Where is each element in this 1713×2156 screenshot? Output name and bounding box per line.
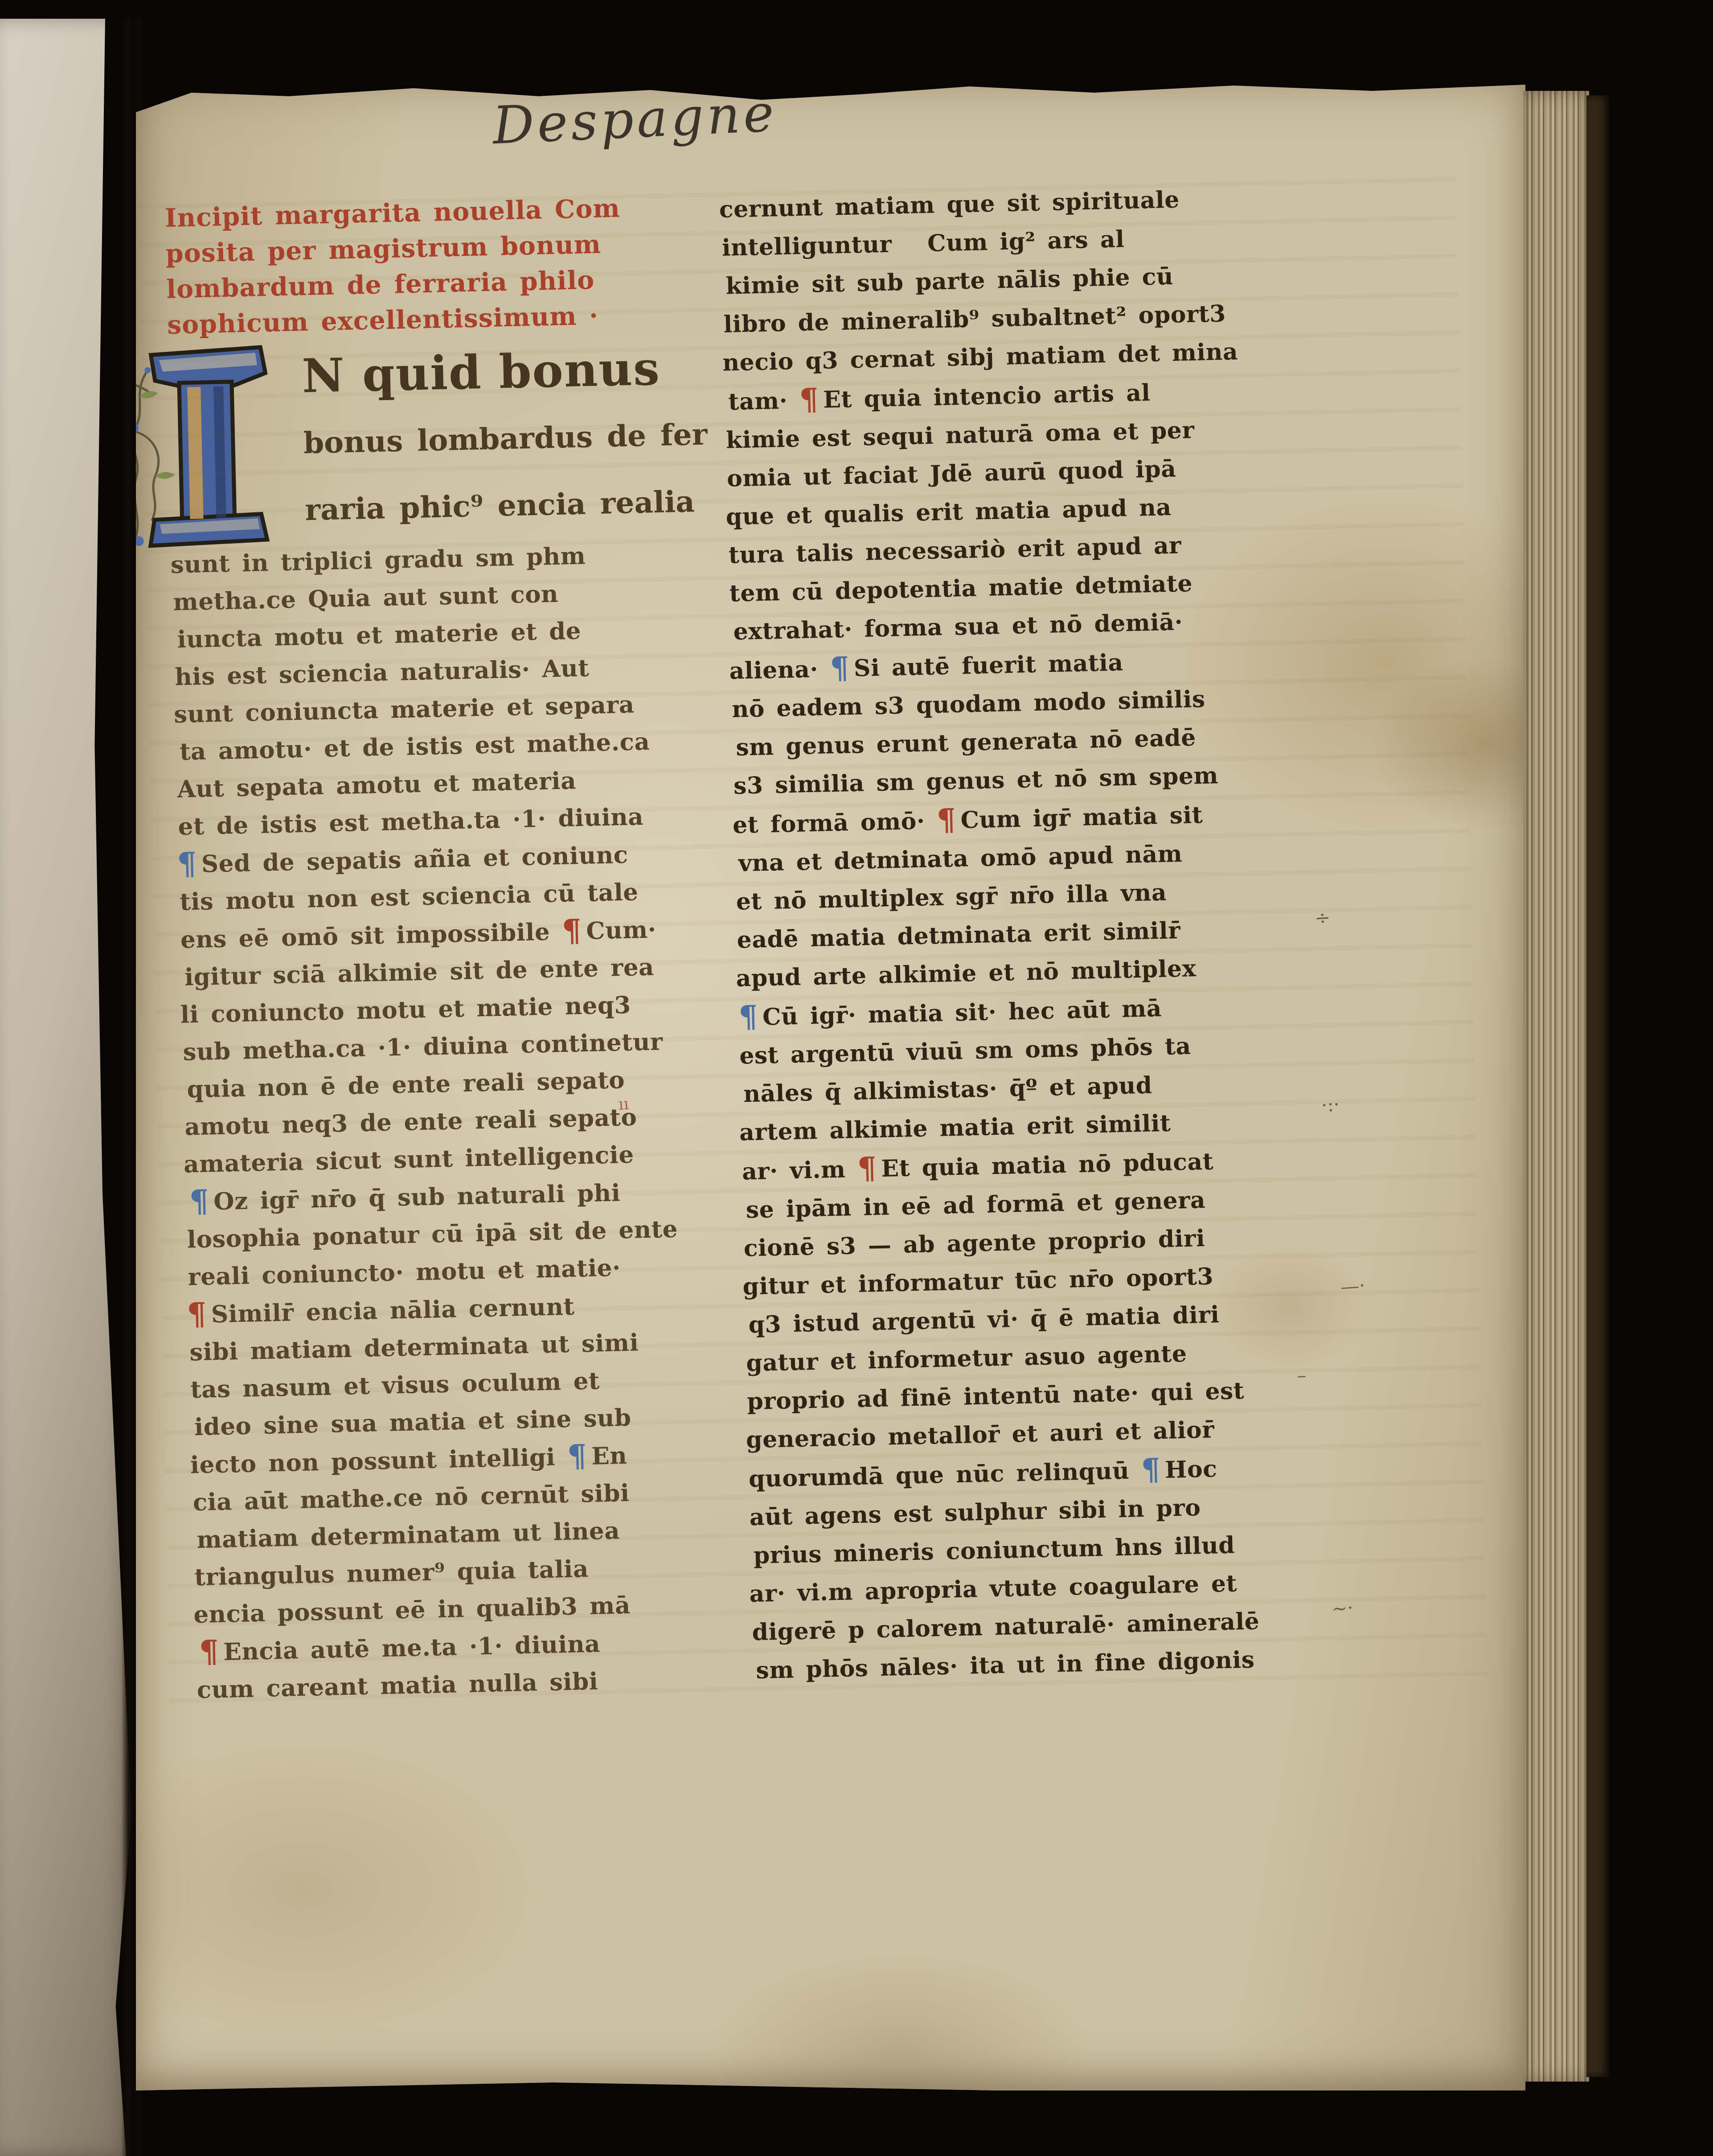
- line-text: igitur sciā alkimie sit de ente rea: [184, 953, 654, 991]
- line-text: amotu neq3 de ente reali sepato: [184, 1103, 637, 1141]
- pilcrow-mark: ¶: [1141, 1452, 1161, 1487]
- line-text: gitur et informatur tūc nr̄o oport3: [742, 1263, 1214, 1300]
- line-text: Cum igr̄ matia sit: [960, 802, 1203, 834]
- line-text: apud arte alkimie et nō multiplex: [736, 955, 1197, 992]
- manuscript-photo: Despagne Incipit margarita nouella Compo…: [0, 0, 1713, 2156]
- line-text: sunt in triplici gradu sm phm: [170, 542, 586, 579]
- line-text: ens eē omō sit impossibile: [180, 918, 562, 954]
- line-text: proprio ad finē intentū nate· qui est: [747, 1377, 1245, 1415]
- illuminated-initial-art: [121, 340, 295, 556]
- margin-mark: –: [1296, 1364, 1307, 1386]
- line-text: cernunt matiam que sit spirituale: [719, 186, 1180, 224]
- line-text: ar· vi.m apropria vtute coagulare et: [749, 1570, 1238, 1608]
- line-text: kimie est sequi naturā oma et per: [726, 417, 1195, 454]
- line-text: aliena·: [729, 655, 830, 685]
- line-text: est argentū viuū sm oms phōs ta: [739, 1032, 1191, 1069]
- line-text: que et qualis erit matia apud na: [725, 494, 1172, 531]
- illuminated-initial: I: [121, 340, 295, 556]
- line-text: q3 istud argentū vi· q̄ ē matia diri: [748, 1301, 1220, 1338]
- line-text: Aut sepata amotu et materia: [177, 767, 576, 803]
- line-text: sunt coniuncta materie et separa: [173, 691, 635, 728]
- line-text: metha.ce Quia aut sunt con: [173, 580, 559, 616]
- line-text: tam·: [728, 387, 800, 415]
- pilcrow-mark: ¶: [187, 1296, 207, 1333]
- margin-mark: ıı: [618, 1095, 630, 1114]
- line-text: necio q3 cernat sibj matiam det mina: [722, 338, 1238, 376]
- line-text: vna et detminata omō apud nām: [738, 840, 1183, 877]
- line-text: nō eadem s3 quodam modo similis: [732, 686, 1206, 723]
- line-text: artem alkimie matia erit similit: [739, 1109, 1171, 1146]
- right-column-lines: cernunt matiam que sit spiritualeintelli…: [721, 178, 1346, 1690]
- line-text: gatur et informetur asuo agente: [746, 1340, 1187, 1377]
- line-text: Si autē fuerit matia: [853, 649, 1123, 682]
- line-text: li coniuncto motu et matie neq3: [180, 991, 631, 1029]
- line-text: sm genus erunt generata nō eadē: [736, 724, 1197, 761]
- line-text: sibi matiam determinata ut simi: [189, 1329, 639, 1366]
- line-text: raria phic⁹ encia realia: [304, 484, 695, 527]
- pilcrow-mark: ¶: [799, 381, 819, 417]
- left-page-edge: [0, 19, 131, 2156]
- line-text: aūt agens est sulphur sibi in pro: [749, 1494, 1201, 1531]
- line-text: iuncta motu et materie et de: [177, 617, 582, 654]
- line-text: Similr̄ encia nālia cernunt: [211, 1293, 575, 1329]
- line-text: Et quia intencio artis al: [823, 379, 1151, 413]
- line-text: matiam determinatam ut linea: [197, 1517, 620, 1554]
- line-text: En: [591, 1442, 627, 1470]
- pilcrow-mark: ¶: [567, 1438, 587, 1474]
- line-text: amateria sicut sunt intelligencie: [184, 1141, 635, 1178]
- line-text: reali coniuncto· motu et matie·: [188, 1254, 621, 1291]
- line-text: extrahat· forma sua et nō demiā·: [733, 609, 1183, 646]
- line-text: cum careant matia nulla sibi: [197, 1668, 598, 1704]
- line-text: prius mineris coniunctum hns illud: [753, 1532, 1235, 1570]
- right-text-column: cernunt matiam que sit spiritualeintelli…: [721, 178, 1346, 1690]
- left-column-lines: sunt in triplici gradu sm phmmetha.ce Qu…: [172, 534, 754, 1709]
- margin-mark: ÷: [1314, 906, 1331, 929]
- line-text: tas nasum et visus oculum et: [190, 1367, 600, 1403]
- line-text: lombardum de ferraria philo: [166, 265, 595, 304]
- line-text: his est sciencia naturalis· Aut: [175, 654, 590, 691]
- line-text: generacio metallor̄ et auri et alior̄: [746, 1416, 1215, 1453]
- text-line: raria phic⁹ encia realia: [304, 467, 729, 544]
- line-text: Cū igr̄· matia sit· hec aūt mā: [762, 995, 1162, 1031]
- line-text: tis motu non est sciencia cū tale: [180, 878, 639, 916]
- text-line: bonus lombardus de fer: [303, 401, 727, 477]
- line-text: sm phōs nāles· ita ut in fine digonis: [756, 1646, 1255, 1684]
- line-text: tem cū depotentia matie detmiate: [729, 570, 1193, 607]
- line-text: Hoc: [1165, 1455, 1217, 1484]
- line-text: Encia autē me.ta ·1· diuina: [223, 1630, 601, 1665]
- incipit-rubric: Incipit margarita nouella Composita per …: [164, 188, 725, 343]
- margin-mark: ~·: [1331, 1596, 1354, 1620]
- line-text: Sed de sepatis añia et coniunc: [201, 841, 628, 878]
- pilcrow-mark: ¶: [561, 912, 582, 949]
- line-text: sub metha.ca ·1· diuina continetur: [183, 1028, 663, 1066]
- pilcrow-mark: ¶: [936, 802, 956, 838]
- initial-letter-shape: [146, 347, 269, 546]
- line-text: libro de mineralib⁹ subaltnet² oport3: [723, 300, 1226, 338]
- binding-edge: [1586, 95, 1610, 2077]
- line-text: cionē s3 — ab agente proprio diri: [743, 1225, 1205, 1262]
- line-text: quia non ē de ente reali sepato: [187, 1066, 625, 1103]
- line-text: kimie sit sub parte nālis phie cū: [725, 263, 1174, 300]
- line-text: Et quia matia nō pducat: [881, 1148, 1214, 1182]
- line-text: cia aūt mathe.ce nō cernūt sibi: [193, 1479, 630, 1516]
- line-text: digerē p calorem naturalē· amineralē: [752, 1608, 1260, 1646]
- margin-mark: —·: [1340, 1274, 1366, 1298]
- pilcrow-mark: ¶: [177, 846, 197, 882]
- line-text: ta amotu· et de istis est mathe.ca: [179, 728, 650, 766]
- line-text: et nō multiplex sgr̄ nr̄o illa vna: [736, 879, 1167, 916]
- line-text: iecto non possunt intelligi: [190, 1443, 567, 1479]
- line-text: tura talis necessariò erit apud ar: [728, 532, 1181, 569]
- line-text: Cum·: [586, 916, 657, 945]
- margin-mark: ·:·: [1320, 1093, 1340, 1117]
- pilcrow-mark: ¶: [857, 1150, 877, 1186]
- line-text: ideo sine sua matia et sine sub: [194, 1404, 631, 1441]
- line-text: et formā omō·: [732, 807, 937, 839]
- line-text: sophicum excellentissimum ·: [167, 301, 598, 340]
- page-header-inscription: Despagne: [492, 72, 1029, 156]
- line-text: s3 similia sm genus et nō sm spem: [733, 762, 1218, 800]
- line-text: triangulus numer⁹ quia talia: [194, 1555, 589, 1591]
- page-edge-stack: [1523, 91, 1589, 2082]
- line-text: eadē matia detminata erit similr̄: [737, 917, 1181, 954]
- pilcrow-mark: ¶: [830, 650, 850, 686]
- line-text: bonus lombardus de fer: [303, 417, 708, 461]
- opening-words: N quid bonus: [301, 334, 726, 410]
- line-text: nāles q̄ alkimistas· q̄º et apud: [743, 1072, 1153, 1108]
- manuscript-page: Despagne Incipit margarita nouella Compo…: [136, 81, 1525, 2091]
- line-text: encia possunt eē in qualib3 mā: [193, 1591, 631, 1628]
- line-text: et de istis est metha.ta ·1· diuina: [178, 803, 644, 841]
- pilcrow-mark: ¶: [189, 1183, 209, 1219]
- line-text: omia ut faciat Jdē aurū quod ipā: [726, 455, 1176, 492]
- pilcrow-mark: ¶: [199, 1633, 219, 1670]
- pilcrow-mark: ¶: [738, 999, 758, 1035]
- line-text: quorumdā que nūc relinquū: [748, 1457, 1141, 1493]
- line-text: intelliguntur Cum ig² ars al: [721, 225, 1125, 262]
- left-text-column: Incipit margarita nouella Composita per …: [164, 188, 754, 1709]
- line-text: losophia ponatur cū ipā sit de ente: [187, 1215, 678, 1253]
- line-text: posita per magistrum bonum: [165, 229, 602, 269]
- line-text: Incipit margarita nouella Com: [164, 193, 620, 233]
- line-text: se ipām in eē ad formā et genera: [746, 1186, 1205, 1223]
- line-text: ar· vi.m: [742, 1156, 857, 1186]
- line-text: Oz igr̄ nr̄o q̄ sub naturali phi: [213, 1179, 621, 1215]
